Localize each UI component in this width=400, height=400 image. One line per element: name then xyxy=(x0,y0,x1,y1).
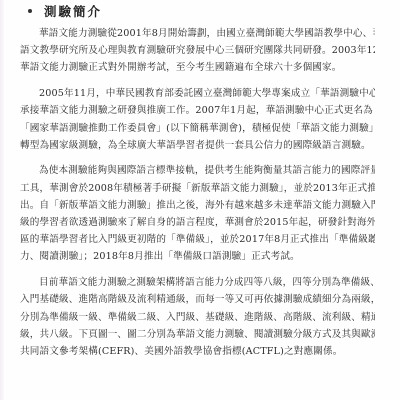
page-edge-shadow xyxy=(0,0,4,400)
document-body: 測驗簡介 華語文能力測驗從2001年8月開始籌劃，由國立臺灣師範大學國語教學中心… xyxy=(20,2,375,369)
section-heading: 測驗簡介 xyxy=(28,2,375,20)
paragraph-new-version: 為使本測驗能夠與國際語言標準接軌，提供考生能夠衡量其語言能力的國際評量 工具，華… xyxy=(20,162,375,265)
paragraph-line: 出。自「新版華語文能力測驗」推出之後，海外有越來越多未達華語文能力測驗入門 xyxy=(20,197,375,214)
paragraph-line: 轉型為國家級測驗，為全球廣大華語學習者提供一套具公信力的國際級語言測驗。 xyxy=(20,137,375,154)
paragraph-test-structure: 目前華語文能力測驗之測驗架構將語言能力分成四等八級，四等分別為準備級、 入門基礎… xyxy=(20,274,375,360)
paragraph-line: 力、閱讀測驗」；2018年8月推出「準備級口語測驗」正式考試。 xyxy=(20,248,375,265)
bullet-icon xyxy=(28,9,32,13)
paragraph-line: 「國家華語測驗推動工作委員會」(以下簡稱華測會)，積極促使「華語文能力測驗」 xyxy=(20,120,375,137)
paragraph-line: 目前華語文能力測驗之測驗架構將語言能力分成四等八級，四等分別為準備級、 xyxy=(20,274,375,291)
paragraph-line: 入門基礎級、進階高階級及流利精通級，而每一等又可再依據測驗成績細分為兩級， xyxy=(20,291,375,308)
paragraph-line: 2005年11月，中華民國教育部委託國立臺灣師範大學專案成立「華語測驗中心」， xyxy=(20,85,375,102)
document-page: 測驗簡介 華語文能力測驗從2001年8月開始籌劃，由國立臺灣師範大學國語教學中心… xyxy=(0,0,400,400)
section-heading-text: 測驗簡介 xyxy=(44,2,102,20)
paragraph-line: 華語文能力測驗正式對外開辦考試，至今考生國籍遍布全球六十多個國家。 xyxy=(20,59,375,76)
paragraph-line: 為使本測驗能夠與國際語言標準接軌，提供考生能夠衡量其語言能力的國際評量 xyxy=(20,162,375,179)
paragraph-line: 級，共八級。下頁圖一、圖二分別為華語文能力測驗、閱讀測驗分級方式及其與歐洲 xyxy=(20,326,375,343)
paragraph-line: 級的學習者欲透過測驗來了解自身的語言程度，華測會於2015年起，研發針對海外地 xyxy=(20,214,375,231)
paragraph-line: 分別為準備級一級、準備級二級、入門級、基礎級、進階級、高階級、流利級、精通 xyxy=(20,309,375,326)
paragraph-center-establishment: 2005年11月，中華民國教育部委託國立臺灣師範大學專案成立「華語測驗中心」， … xyxy=(20,85,375,154)
paragraph-line: 共同語文參考架構(CEFR)、美國外語教學協會指標(ACTFL)之對應關係。 xyxy=(20,343,375,360)
paragraph-line: 工具，華測會於2008年積極著手研擬「新版華語文能力測驗」，並於2013年正式推 xyxy=(20,180,375,197)
paragraph-line: 承接華語文能力測驗之研發與推廣工作。2007年1月起，華語測驗中心正式更名為 xyxy=(20,102,375,119)
paragraph-line: 華語文能力測驗從2001年8月開始籌劃，由國立臺灣師範大學國語教學中心、華 xyxy=(20,25,375,42)
paragraph-line: 語文教學研究所及心理與教育測驗研究發展中心三個研究團隊共同研發。2003年12月 xyxy=(20,42,375,59)
paragraph-history: 華語文能力測驗從2001年8月開始籌劃，由國立臺灣師範大學國語教學中心、華 語文… xyxy=(20,25,375,77)
paragraph-line: 區的華語學習者比入門級更初階的「準備級」，並於2017年8月正式推出「準備級聽 xyxy=(20,231,375,248)
